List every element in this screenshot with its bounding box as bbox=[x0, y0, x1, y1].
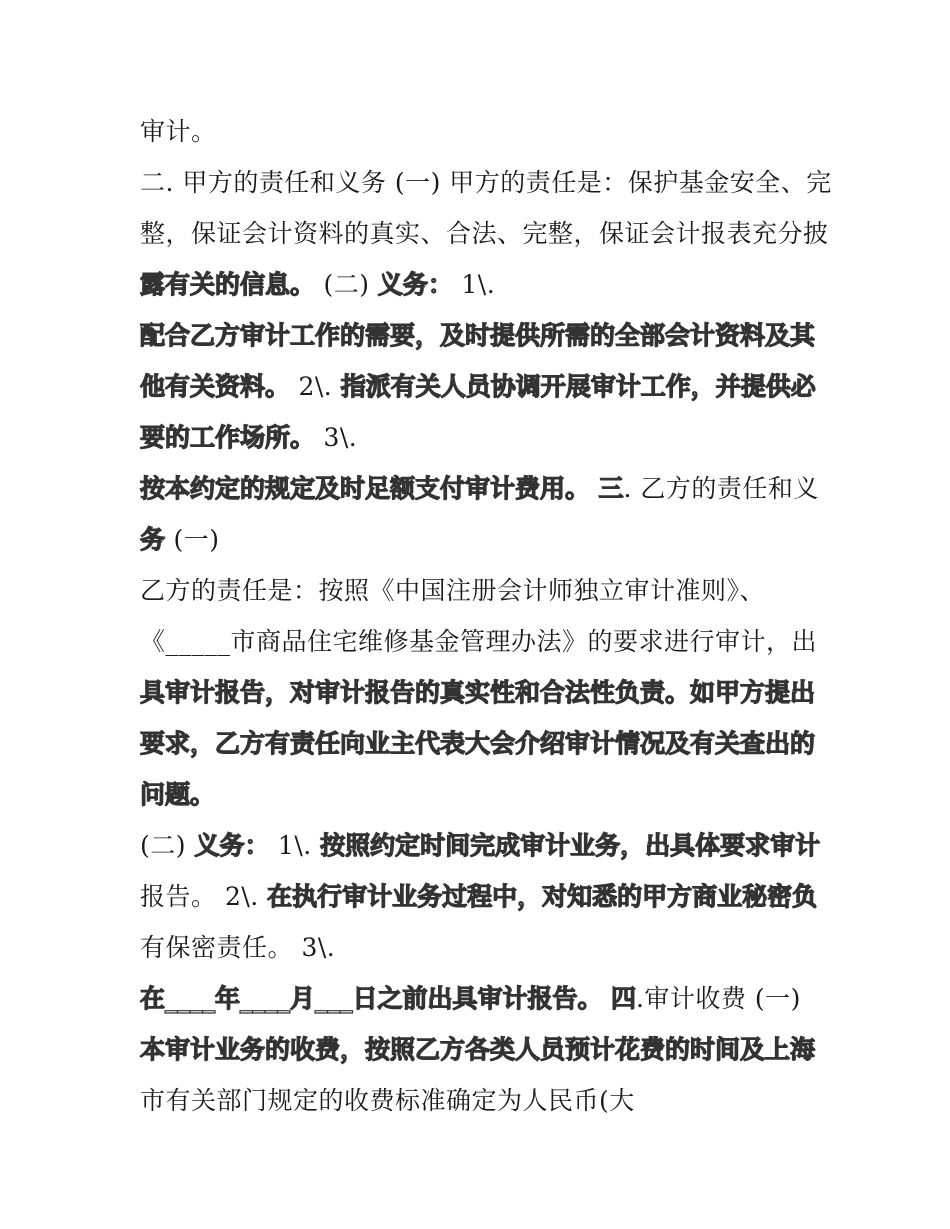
outlined-text-run: 问题。 bbox=[140, 780, 215, 809]
outlined-text-run: 要的工作场所。 bbox=[140, 423, 315, 452]
text-line: 审计。 bbox=[140, 106, 820, 157]
text-run: 《_____市商品住宅维修基金管理办法》的要求进行审计，出 bbox=[140, 627, 817, 656]
text-line: 要求，乙方有责任向业主代表大会介绍审计情况及有关查出的 bbox=[140, 718, 820, 769]
text-line: 市有关部门规定的收费标准确定为人民币(大 bbox=[140, 1075, 820, 1126]
text-line: 《_____市商品住宅维修基金管理办法》的要求进行审计，出 bbox=[140, 616, 820, 667]
text-line: 露有关的信息。 (二) 义务： 1\. bbox=[140, 259, 820, 310]
text-run: 有保密责任。 3\. bbox=[140, 933, 335, 962]
text-run: 1\. bbox=[453, 270, 495, 299]
text-run bbox=[603, 984, 611, 1013]
text-line: 他有关资料。 2\. 指派有关人员协调开展审计工作，并提供必 bbox=[140, 361, 820, 412]
text-line: 二. 甲方的责任和义务 (一) 甲方的责任是：保护基金安全、完 bbox=[140, 157, 820, 208]
outlined-text-run: 指派有关人员协调开展审计工作，并提供必 bbox=[341, 372, 816, 401]
outlined-text-run: 义务： bbox=[378, 270, 453, 299]
outlined-text-run: 按照约定时间完成审计业务，出具体要求审计 bbox=[320, 831, 820, 860]
text-line: 整，保证会计资料的真实、合法、完整，保证会计报表充分披 bbox=[140, 208, 820, 259]
text-run: (二) bbox=[315, 270, 378, 299]
text-run: 1\. bbox=[269, 831, 320, 860]
outlined-text-run: 四 bbox=[611, 984, 636, 1013]
outlined-text-run: 本审计业务的收费，按照乙方各类人员预计花费的时间及上海 bbox=[140, 1035, 815, 1064]
outlined-text-run: 他有关资料。 bbox=[140, 372, 290, 401]
text-run: 审计。 bbox=[140, 117, 217, 146]
text-line: 有保密责任。 3\. bbox=[140, 922, 820, 973]
text-run: (一) bbox=[165, 525, 219, 554]
text-line: 本审计业务的收费，按照乙方各类人员预计花费的时间及上海 bbox=[140, 1024, 820, 1075]
text-run: 2\. bbox=[290, 372, 341, 401]
outlined-text-run: 要求，乙方有责任向业主代表大会介绍审计情况及有关查出的 bbox=[140, 729, 815, 758]
outlined-text-run: 配合乙方审计工作的需要，及时提供所需的全部会计资料及其 bbox=[140, 321, 815, 350]
text-line: 要的工作场所。 3\. bbox=[140, 412, 820, 463]
outlined-text-run: 具审计报告，对审计报告的真实性和合法性负责。如甲方提出 bbox=[140, 678, 815, 707]
text-run: (二) bbox=[140, 831, 194, 860]
outlined-text-run: 露有关的信息。 bbox=[140, 270, 315, 299]
text-run: 3\. bbox=[315, 423, 357, 452]
document-page: 审计。二. 甲方的责任和义务 (一) 甲方的责任是：保护基金安全、完整，保证会计… bbox=[140, 106, 820, 1126]
text-line: 报告。 2\. 在执行审计业务过程中，对知悉的甲方商业秘密负 bbox=[140, 871, 820, 922]
outlined-text-run: 三 bbox=[598, 474, 623, 503]
text-line: 按本约定的规定及时足额支付审计费用。 三. 乙方的责任和义 bbox=[140, 463, 820, 514]
text-line: 问题。 bbox=[140, 769, 820, 820]
text-line: 乙方的责任是：按照《中国注册会计师独立审计准则》、 bbox=[140, 565, 820, 616]
text-line: 配合乙方审计工作的需要，及时提供所需的全部会计资料及其 bbox=[140, 310, 820, 361]
text-line: 在____年____月___日之前出具审计报告。 四.审计收费 (一) bbox=[140, 973, 820, 1024]
text-run: . 乙方的责任和义 bbox=[623, 474, 818, 503]
text-run: 二. 甲方的责任和义务 (一) 甲方的责任是：保护基金安全、完 bbox=[140, 168, 832, 197]
text-run: 市有关部门规定的收费标准确定为人民币(大 bbox=[140, 1086, 635, 1115]
outlined-text-run: 义务： bbox=[194, 831, 269, 860]
outlined-text-run: 务 bbox=[140, 525, 165, 554]
text-run: 整，保证会计资料的真实、合法、完整，保证会计报表充分披 bbox=[140, 219, 829, 248]
outlined-text-run: 在____年____月___日之前出具审计报告。 bbox=[140, 984, 603, 1013]
text-line: 具审计报告，对审计报告的真实性和合法性负责。如甲方提出 bbox=[140, 667, 820, 718]
text-line: 务 (一) bbox=[140, 514, 820, 565]
outlined-text-run: 在执行审计业务过程中，对知悉的甲方商业秘密负 bbox=[267, 882, 817, 911]
text-run: 报告。 2\. bbox=[140, 882, 267, 911]
text-line: (二) 义务： 1\. 按照约定时间完成审计业务，出具体要求审计 bbox=[140, 820, 820, 871]
text-run: .审计收费 (一) bbox=[636, 984, 801, 1013]
outlined-text-run: 按本约定的规定及时足额支付审计费用。 bbox=[140, 474, 590, 503]
text-run: 乙方的责任是：按照《中国注册会计师独立审计准则》、 bbox=[140, 576, 765, 605]
